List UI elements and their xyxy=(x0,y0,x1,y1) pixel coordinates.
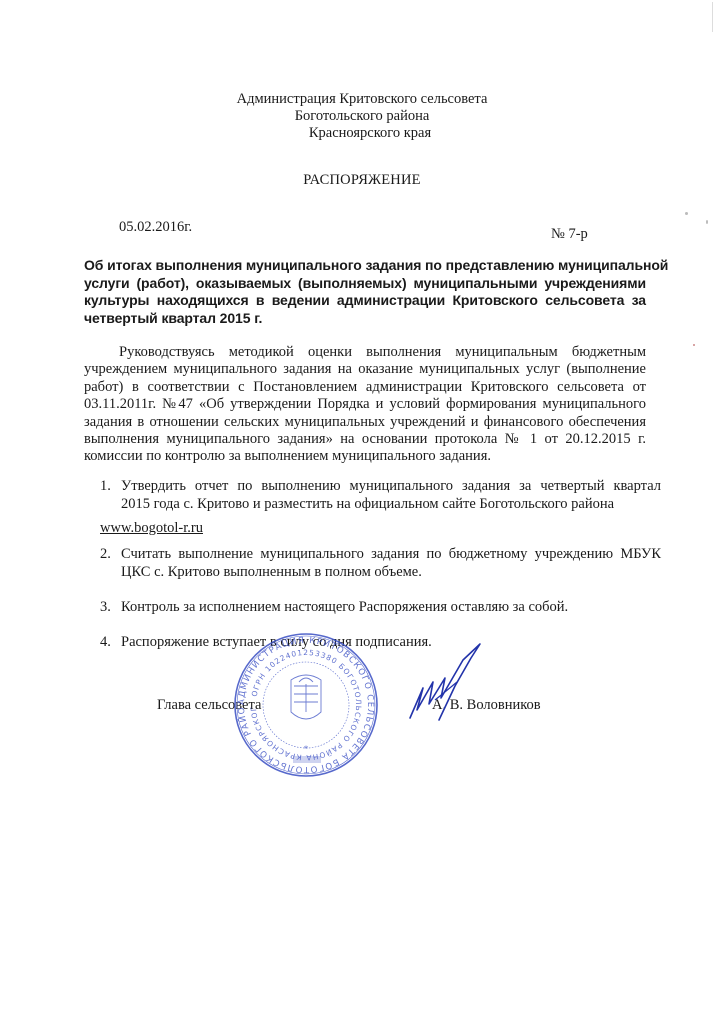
preamble-line: учреждением муниципального задания на ок… xyxy=(84,361,646,378)
subject-line: культуры находящихся в ведении администр… xyxy=(84,292,646,310)
scan-speck xyxy=(706,220,708,224)
header-line-administration: Администрация Критовского сельсовета xyxy=(0,90,724,108)
subject-line: четвертый квартал 2015 г. xyxy=(84,310,646,328)
document-title: РАСПОРЯЖЕНИЕ xyxy=(0,172,724,189)
scan-speck xyxy=(693,344,695,346)
scan-speck xyxy=(712,2,713,32)
item-line: Считать выполнение муниципального задани… xyxy=(121,545,661,563)
subject-line: Об итогах выполнения муниципального зада… xyxy=(84,257,646,275)
item-number: 2. xyxy=(100,545,111,563)
item-number: 1. xyxy=(100,477,111,495)
preamble-line: задания в отношении сельских муниципальн… xyxy=(84,414,646,431)
item-number: 3. xyxy=(100,598,111,616)
item-line: ЦКС с. Критово выполненным в полном объе… xyxy=(121,563,661,581)
preamble-line: работ) в соответствии с Постановлением а… xyxy=(84,379,646,396)
preamble-line: выполнения муниципального задания» на ос… xyxy=(84,431,646,448)
document-subject: Об итогах выполнения муниципального зада… xyxy=(84,257,646,327)
header-line-district: Боготольского района xyxy=(0,107,724,125)
document-date: 05.02.2016г. xyxy=(119,219,192,236)
svg-text:*: * xyxy=(304,744,309,754)
subject-line: услуги (работ), оказываемых (выполняемых… xyxy=(84,275,646,293)
preamble-line: Руководствуясь методикой оценки выполнен… xyxy=(84,344,646,361)
handwritten-signature-icon xyxy=(405,640,500,725)
preamble-paragraph: Руководствуясь методикой оценки выполнен… xyxy=(84,344,646,466)
preamble-line: 03.11.2011г. №47 «Об утверждении Порядка… xyxy=(84,396,646,413)
official-stamp-icon: АДМИНИСТРАЦИЯ КРИТОВСКОГО СЕЛЬСОВЕТА БОГ… xyxy=(233,632,379,778)
item-line: Распоряжение вступает в силу со дня подп… xyxy=(121,633,661,651)
item-number: 4. xyxy=(100,633,111,651)
website-link[interactable]: www.bogotol-r.ru xyxy=(100,520,203,537)
preamble-line: комиссии по контролю за выполнением муни… xyxy=(84,448,646,465)
item-line: 2015 года с. Критово и разместить на офи… xyxy=(121,495,661,513)
document-number: № 7-р xyxy=(551,226,588,243)
item-line: Утвердить отчет по выполнению муниципаль… xyxy=(121,477,661,495)
header-line-region: Красноярского края xyxy=(0,124,724,142)
scan-speck xyxy=(685,212,688,215)
item-line: Контроль за исполнением настоящего Распо… xyxy=(121,598,661,616)
